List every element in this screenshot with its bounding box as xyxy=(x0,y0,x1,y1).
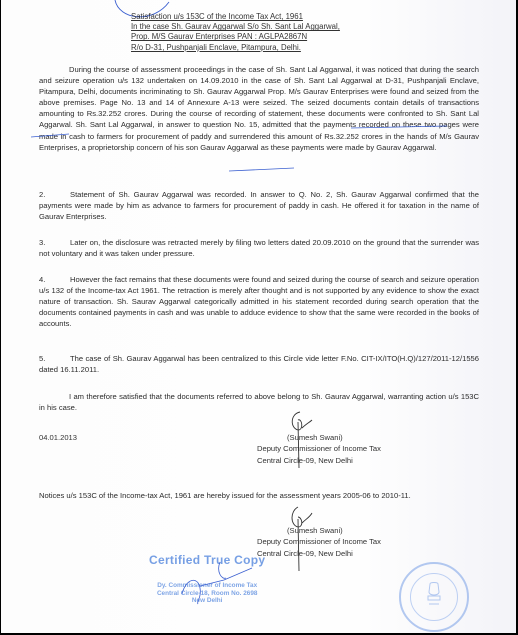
certified-stamp-line-1: Dy. Commissioner of Income Tax xyxy=(149,582,265,590)
notice-paragraph: Notices u/s 153C of the Income-tax Act, … xyxy=(39,490,479,501)
point-4-number: 4. xyxy=(39,274,70,285)
conclusion-paragraph: I am therefore satisfied that the docume… xyxy=(39,391,479,413)
header-address: R/o D-31, Pushpanjali Enclave, Pitampura… xyxy=(131,43,340,53)
signatory-office-1: Central Circle-09, New Delhi xyxy=(257,455,407,466)
signature-block-2: (Sumesh Swani) Deputy Commissioner of In… xyxy=(257,525,407,559)
point-4-text: However the fact remains that these docu… xyxy=(39,275,479,328)
signatory-name-1: (Sumesh Swani) xyxy=(257,432,407,443)
point-2: 2.Statement of Sh. Gaurav Aggarwal was r… xyxy=(39,189,479,222)
certified-stamp-details: Dy. Commissioner of Income Tax Central C… xyxy=(149,582,265,605)
signatory-designation-1: Deputy Commissioner of Income Tax xyxy=(257,443,407,454)
national-emblem-icon xyxy=(425,582,443,610)
document-date: 04.01.2013 xyxy=(39,432,77,443)
point-5-number: 5. xyxy=(39,353,70,364)
point-4: 4.However the fact remains that these do… xyxy=(39,274,479,329)
signatory-name-2: (Sumesh Swani) xyxy=(257,525,407,536)
certified-stamp-line-2: Central Circle-18, Room No. 2698 xyxy=(149,590,265,598)
certified-stamp-line-3: New Delhi xyxy=(149,597,265,605)
document-header: Satisfaction u/s 153C of the Income Tax … xyxy=(131,12,340,53)
signatory-designation-2: Deputy Commissioner of Income Tax xyxy=(257,536,407,547)
point-5-text: The case of Sh. Gaurav Aggarwal has been… xyxy=(39,354,479,374)
official-seal xyxy=(399,562,469,632)
signatory-office-2: Central Circle-09, New Delhi xyxy=(257,548,407,559)
header-subject: Satisfaction u/s 153C of the Income Tax … xyxy=(131,12,340,22)
signature-block-1: (Sumesh Swani) Deputy Commissioner of In… xyxy=(257,432,407,466)
point-3: 3.Later on, the disclosure was retracted… xyxy=(39,237,479,259)
certified-stamp-title: Certified True Copy xyxy=(149,555,265,566)
point-5: 5.The case of Sh. Gaurav Aggarwal has be… xyxy=(39,353,479,375)
point-2-text: Statement of Sh. Gaurav Aggarwal was rec… xyxy=(39,190,479,221)
header-prop: Prop. M/S Gaurav Enterprises PAN : AGLPA… xyxy=(131,32,340,42)
intro-paragraph: During the course of assessment proceedi… xyxy=(39,64,479,153)
point-3-text: Later on, the disclosure was retracted m… xyxy=(39,238,479,258)
point-2-number: 2. xyxy=(39,189,70,200)
header-case: In the case Sh. Gaurav Aggarwal S/o Sh. … xyxy=(131,22,340,32)
point-3-number: 3. xyxy=(39,237,70,248)
certified-true-copy-stamp: Certified True Copy Dy. Commissioner of … xyxy=(149,555,265,605)
document-page: Satisfaction u/s 153C of the Income Tax … xyxy=(1,0,516,633)
